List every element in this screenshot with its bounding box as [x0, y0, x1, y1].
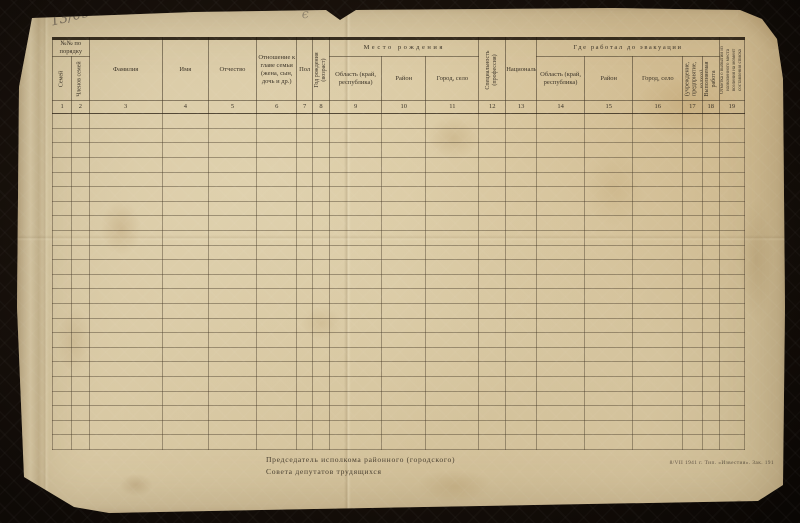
blank-cell	[330, 245, 382, 260]
table-row	[53, 143, 745, 158]
blank-cell	[479, 420, 506, 435]
blank-cell	[162, 406, 208, 421]
blank-cell	[506, 114, 537, 129]
column-header-16: Город, село	[633, 57, 683, 101]
blank-cell	[537, 435, 585, 450]
blank-cell	[633, 260, 683, 275]
column-number-6: 6	[257, 101, 297, 114]
column-number-14: 14	[537, 101, 585, 114]
blank-cell	[382, 420, 426, 435]
table-row	[53, 303, 745, 318]
column-header-4: Имя	[162, 39, 208, 101]
blank-cell	[719, 172, 744, 187]
blank-cell	[719, 187, 744, 202]
group-header-0: №№ по порядку	[53, 39, 90, 57]
column-number-13: 13	[506, 101, 537, 114]
blank-cell	[257, 347, 297, 362]
blank-cell	[72, 172, 89, 187]
blank-cell	[162, 201, 208, 216]
blank-cell	[208, 318, 256, 333]
blank-cell	[162, 260, 208, 275]
table-row	[53, 376, 745, 391]
blank-cell	[89, 420, 162, 435]
blank-cell	[382, 158, 426, 173]
blank-cell	[702, 274, 719, 289]
blank-cell	[702, 216, 719, 231]
blank-cell	[585, 172, 633, 187]
blank-cell	[89, 274, 162, 289]
column-number-9: 9	[330, 101, 382, 114]
blank-cell	[426, 201, 479, 216]
blank-cell	[89, 406, 162, 421]
blank-cell	[257, 391, 297, 406]
blank-cell	[257, 420, 297, 435]
blank-cell	[297, 260, 312, 275]
blank-cell	[506, 143, 537, 158]
blank-cell	[506, 318, 537, 333]
blank-cell	[297, 187, 312, 202]
blank-cell	[208, 333, 256, 348]
table-row	[53, 318, 745, 333]
blank-cell	[719, 347, 744, 362]
blank-cell	[53, 172, 72, 187]
blank-cell	[89, 362, 162, 377]
blank-cell	[633, 391, 683, 406]
group-header-1: Место рождения	[330, 39, 479, 57]
blank-cell	[479, 435, 506, 450]
blank-cell	[719, 231, 744, 246]
blank-cell	[479, 303, 506, 318]
table-row	[53, 420, 745, 435]
blank-cell	[72, 260, 89, 275]
blank-cell	[702, 289, 719, 304]
blank-cell	[537, 318, 585, 333]
blank-cell	[72, 201, 89, 216]
blank-cell	[585, 187, 633, 202]
blank-cell	[426, 289, 479, 304]
blank-cell	[89, 245, 162, 260]
blank-cell	[162, 128, 208, 143]
blank-cell	[719, 435, 744, 450]
blank-cell	[702, 172, 719, 187]
blank-cell	[208, 362, 256, 377]
column-header-17: Место работы (учреждение, предприятие, к…	[683, 57, 702, 101]
blank-cell	[426, 216, 479, 231]
column-header-19: Отметка о выбытии из назначенного места …	[719, 39, 744, 101]
blank-cell	[330, 260, 382, 275]
column-header-label: Место работы (учреждение, предприятие, к…	[683, 59, 702, 99]
blank-cell	[382, 376, 426, 391]
blank-cell	[208, 216, 256, 231]
blank-cell	[257, 231, 297, 246]
blank-cell	[719, 143, 744, 158]
blank-cell	[426, 231, 479, 246]
blank-cell	[479, 289, 506, 304]
blank-cell	[585, 216, 633, 231]
column-header-12: Специальность (профессия)	[479, 39, 506, 101]
column-number-12: 12	[479, 101, 506, 114]
blank-cell	[162, 114, 208, 129]
column-header-label: Специальность (профессия)	[485, 42, 499, 98]
column-header-6: Отношение к главе семьи (жена, сын, дочь…	[257, 39, 297, 101]
blank-cell	[683, 143, 702, 158]
blank-cell	[312, 391, 329, 406]
blank-cell	[297, 216, 312, 231]
blank-cell	[312, 245, 329, 260]
blank-cell	[683, 158, 702, 173]
blank-cell	[53, 245, 72, 260]
blank-cell	[382, 128, 426, 143]
blank-cell	[297, 406, 312, 421]
blank-cell	[382, 201, 426, 216]
blank-cell	[53, 128, 72, 143]
blank-cell	[702, 406, 719, 421]
blank-cell	[53, 376, 72, 391]
blank-cell	[633, 231, 683, 246]
blank-cell	[382, 216, 426, 231]
blank-cell	[426, 406, 479, 421]
column-header-label: Семей	[59, 59, 66, 99]
blank-cell	[426, 274, 479, 289]
blank-cell	[537, 201, 585, 216]
blank-cell	[633, 274, 683, 289]
blank-cell	[426, 143, 479, 158]
blank-cell	[382, 435, 426, 450]
blank-cell	[479, 245, 506, 260]
blank-cell	[72, 216, 89, 231]
blank-cell	[162, 420, 208, 435]
blank-cell	[426, 114, 479, 129]
blank-cell	[537, 172, 585, 187]
blank-cell	[479, 143, 506, 158]
blank-cell	[633, 333, 683, 348]
blank-cell	[257, 172, 297, 187]
blank-cell	[297, 347, 312, 362]
blank-cell	[506, 260, 537, 275]
blank-cell	[683, 406, 702, 421]
blank-cell	[479, 158, 506, 173]
blank-cell	[89, 114, 162, 129]
blank-cell	[312, 143, 329, 158]
blank-cell	[585, 362, 633, 377]
blank-cell	[426, 318, 479, 333]
blank-cell	[479, 362, 506, 377]
blank-cell	[585, 318, 633, 333]
blank-cell	[479, 391, 506, 406]
blank-cell	[330, 158, 382, 173]
blank-cell	[683, 376, 702, 391]
blank-cell	[312, 187, 329, 202]
blank-cell	[53, 347, 72, 362]
blank-cell	[257, 303, 297, 318]
blank-cell	[53, 333, 72, 348]
table-row	[53, 274, 745, 289]
blank-cell	[537, 128, 585, 143]
blank-cell	[257, 362, 297, 377]
blank-cell	[702, 143, 719, 158]
blank-cell	[312, 376, 329, 391]
blank-cell	[633, 114, 683, 129]
blank-cell	[537, 260, 585, 275]
blank-cell	[479, 187, 506, 202]
blank-cell	[53, 303, 72, 318]
blank-cell	[72, 128, 89, 143]
blank-cell	[537, 245, 585, 260]
blank-cell	[585, 143, 633, 158]
blank-cell	[89, 303, 162, 318]
blank-cell	[426, 347, 479, 362]
table-row	[53, 172, 745, 187]
blank-cell	[683, 318, 702, 333]
column-header-label: Выполняемая работа	[704, 59, 718, 99]
table-row	[53, 158, 745, 173]
blank-cell	[702, 362, 719, 377]
blank-cell	[312, 201, 329, 216]
blank-cell	[683, 260, 702, 275]
blank-cell	[506, 231, 537, 246]
blank-cell	[537, 420, 585, 435]
blank-cell	[208, 274, 256, 289]
blank-cell	[330, 172, 382, 187]
blank-cell	[297, 391, 312, 406]
blank-cell	[506, 376, 537, 391]
blank-cell	[382, 391, 426, 406]
blank-cell	[162, 231, 208, 246]
blank-cell	[426, 245, 479, 260]
blank-cell	[330, 420, 382, 435]
blank-cell	[426, 376, 479, 391]
blank-cell	[633, 303, 683, 318]
blank-cell	[257, 128, 297, 143]
blank-cell	[506, 303, 537, 318]
blank-cell	[537, 143, 585, 158]
column-header-label: Отметка о выбытии из назначенного места …	[720, 41, 744, 99]
blank-cell	[162, 333, 208, 348]
blank-cell	[53, 391, 72, 406]
table-row	[53, 128, 745, 143]
column-header-10: Район	[382, 57, 426, 101]
blank-cell	[382, 114, 426, 129]
blank-cell	[683, 303, 702, 318]
blank-cell	[382, 347, 426, 362]
blank-cell	[53, 406, 72, 421]
blank-cell	[72, 274, 89, 289]
print-imprint: 8/VII 1941 г. Тип. «Известия». Зак. 191	[574, 460, 774, 466]
blank-cell	[53, 114, 72, 129]
blank-cell	[633, 158, 683, 173]
blank-cell	[257, 158, 297, 173]
blank-cell	[72, 406, 89, 421]
blank-cell	[633, 362, 683, 377]
blank-cell	[208, 303, 256, 318]
blank-cell	[72, 158, 89, 173]
blank-cell	[72, 347, 89, 362]
blank-cell	[297, 114, 312, 129]
signature-block: Председатель исполкома районного (городс…	[266, 454, 455, 478]
blank-cell	[330, 333, 382, 348]
blank-cell	[382, 143, 426, 158]
blank-cell	[585, 391, 633, 406]
table-row	[53, 187, 745, 202]
blank-cell	[719, 114, 744, 129]
blank-cell	[426, 187, 479, 202]
blank-cell	[330, 274, 382, 289]
blank-cell	[89, 128, 162, 143]
blank-cell	[208, 260, 256, 275]
blank-cell	[53, 435, 72, 450]
column-number-4: 4	[162, 101, 208, 114]
blank-cell	[479, 333, 506, 348]
blank-cell	[537, 274, 585, 289]
blank-cell	[506, 391, 537, 406]
blank-cell	[537, 333, 585, 348]
blank-cell	[585, 303, 633, 318]
blank-cell	[585, 435, 633, 450]
blank-cell	[53, 158, 72, 173]
blank-cell	[72, 231, 89, 246]
blank-cell	[208, 187, 256, 202]
blank-cell	[162, 376, 208, 391]
blank-cell	[382, 172, 426, 187]
blank-cell	[719, 158, 744, 173]
column-header-2: Членов семей	[72, 57, 89, 101]
blank-cell	[382, 289, 426, 304]
blank-cell	[702, 201, 719, 216]
blank-cell	[312, 406, 329, 421]
blank-cell	[162, 347, 208, 362]
paper-left-edge	[14, 7, 44, 514]
table-row	[53, 362, 745, 377]
blank-cell	[585, 201, 633, 216]
blank-cell	[297, 128, 312, 143]
blank-cell	[72, 376, 89, 391]
blank-cell	[297, 201, 312, 216]
blank-cell	[330, 128, 382, 143]
blank-cell	[162, 143, 208, 158]
blank-cell	[208, 376, 256, 391]
blank-cell	[297, 333, 312, 348]
blank-cell	[585, 333, 633, 348]
blank-cell	[426, 362, 479, 377]
blank-cell	[330, 201, 382, 216]
blank-cell	[506, 333, 537, 348]
blank-cell	[53, 201, 72, 216]
blank-cell	[719, 362, 744, 377]
blank-cell	[702, 391, 719, 406]
blank-cell	[702, 318, 719, 333]
blank-cell	[585, 406, 633, 421]
blank-cell	[479, 318, 506, 333]
group-header-2: Где работал до эвакуации	[537, 39, 720, 57]
blank-cell	[719, 318, 744, 333]
blank-cell	[162, 216, 208, 231]
blank-cell	[719, 333, 744, 348]
blank-cell	[162, 318, 208, 333]
blank-cell	[297, 158, 312, 173]
blank-cell	[537, 376, 585, 391]
blank-cell	[382, 260, 426, 275]
blank-cell	[312, 216, 329, 231]
table-row	[53, 289, 745, 304]
blank-cell	[257, 216, 297, 231]
column-header-label: Членов семей	[77, 59, 84, 99]
blank-cell	[537, 187, 585, 202]
blank-cell	[208, 420, 256, 435]
blank-cell	[53, 420, 72, 435]
blank-cell	[257, 187, 297, 202]
blank-cell	[312, 231, 329, 246]
blank-cell	[426, 158, 479, 173]
blank-cell	[426, 435, 479, 450]
blank-cell	[312, 114, 329, 129]
blank-cell	[683, 274, 702, 289]
blank-cell	[72, 289, 89, 304]
blank-cell	[537, 231, 585, 246]
blank-cell	[257, 245, 297, 260]
blank-cell	[257, 376, 297, 391]
blank-cell	[479, 128, 506, 143]
column-header-14: Область (край, республика)	[537, 57, 585, 101]
blank-cell	[537, 289, 585, 304]
blank-cell	[683, 420, 702, 435]
blank-cell	[312, 347, 329, 362]
blank-cell	[312, 289, 329, 304]
column-header-label: Год рождения (возраст)	[314, 42, 328, 98]
blank-cell	[330, 362, 382, 377]
blank-cell	[506, 216, 537, 231]
blank-cell	[479, 274, 506, 289]
blank-cell	[330, 347, 382, 362]
blank-cell	[53, 289, 72, 304]
blank-cell	[330, 303, 382, 318]
blank-cell	[89, 260, 162, 275]
blank-cell	[633, 216, 683, 231]
table-row	[53, 201, 745, 216]
handwritten-note: 13/05	[49, 4, 92, 29]
blank-cell	[89, 376, 162, 391]
blank-cell	[208, 172, 256, 187]
column-number-16: 16	[633, 101, 683, 114]
blank-cell	[208, 143, 256, 158]
blank-cell	[89, 158, 162, 173]
blank-cell	[312, 435, 329, 450]
blank-cell	[208, 231, 256, 246]
blank-cell	[162, 187, 208, 202]
paper-sheet: 13/05 Є №№ по порядкуФамилияИмяОтчествоО…	[14, 7, 786, 514]
blank-cell	[72, 114, 89, 129]
blank-cell	[585, 376, 633, 391]
paper-stain	[112, 469, 160, 501]
blank-cell	[683, 333, 702, 348]
blank-cell	[257, 406, 297, 421]
blank-cell	[506, 274, 537, 289]
blank-cell	[162, 274, 208, 289]
blank-cell	[585, 289, 633, 304]
blank-cell	[312, 158, 329, 173]
blank-cell	[53, 362, 72, 377]
blank-cell	[702, 347, 719, 362]
blank-cell	[719, 128, 744, 143]
blank-cell	[257, 318, 297, 333]
blank-cell	[537, 347, 585, 362]
blank-cell	[633, 172, 683, 187]
blank-cell	[330, 231, 382, 246]
blank-cell	[506, 420, 537, 435]
blank-cell	[72, 245, 89, 260]
blank-cell	[53, 216, 72, 231]
blank-cell	[683, 435, 702, 450]
column-header-7: Пол	[297, 39, 312, 101]
